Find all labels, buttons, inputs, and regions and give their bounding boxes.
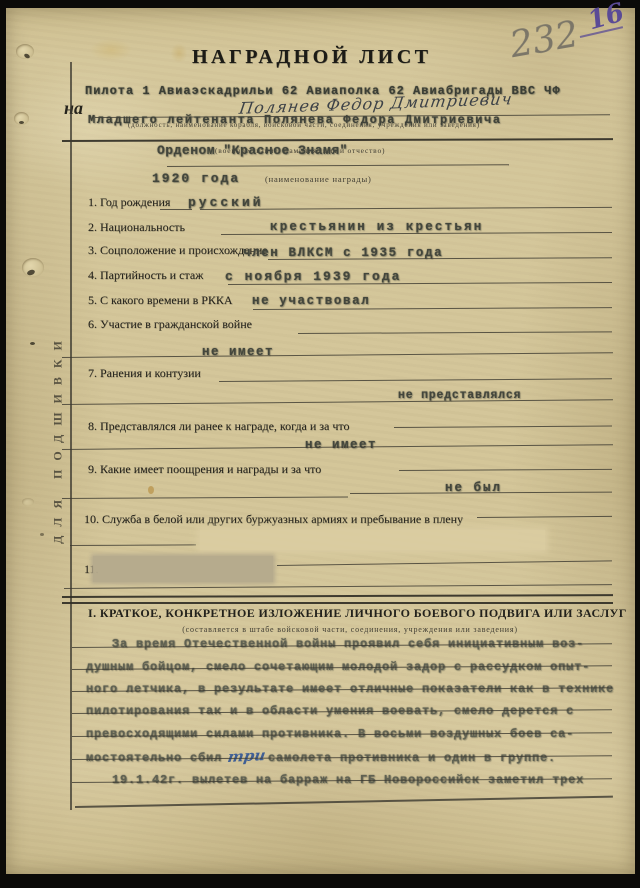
- paper-nick: [40, 533, 44, 536]
- field-label-9: 9. Какие имеет поощрения и награды и за …: [88, 462, 321, 477]
- field-answer-4: с ноября 1939 года: [225, 269, 401, 284]
- field-label-6: 6. Участие в гражданской войне: [88, 317, 252, 332]
- field-answer-8: не имеет: [305, 438, 377, 452]
- section-hint: (составляется в штабе войсковой части, с…: [88, 625, 612, 634]
- award-typed: Орденом "Красное Знамя": [157, 143, 348, 158]
- paper-nick: [30, 342, 35, 345]
- na-label: на: [64, 98, 83, 119]
- field-label-1: 1. Год рождения: [88, 195, 170, 210]
- form-left-border: [70, 62, 72, 810]
- field-answer-6: не имеет: [202, 345, 274, 359]
- scanned-award-sheet: 16 232 НАГРАДНОЙ ЛИСТ Пилота 1 Авиаэскад…: [0, 0, 640, 888]
- field-label-4: 4. Партийность и стаж: [88, 268, 203, 283]
- field-answer-5: не участвовал: [252, 294, 370, 308]
- birth-year-typed: 1920 года: [152, 171, 240, 186]
- paper-nick: [19, 121, 24, 124]
- rule-line: [160, 209, 192, 210]
- stain: [148, 486, 154, 494]
- field-label-8: 8. Представлялся ли ранее к награде, ког…: [88, 419, 350, 434]
- punch-hole: [22, 498, 34, 506]
- document-title: НАГРАДНОЙ ЛИСТ: [192, 46, 432, 69]
- field-label-10: 10. Служба в белой или других буржуазных…: [84, 512, 463, 527]
- award-hint: (наименование награды): [265, 174, 372, 184]
- erased-area: [200, 530, 545, 550]
- rule-line: [62, 602, 613, 604]
- citation-handwritten-tri: три: [226, 746, 267, 766]
- field-label-5: 5. С какого времени в РККА: [88, 293, 233, 308]
- section-heading: I. КРАТКОЕ, КОНКРЕТНОЕ ИЗЛОЖЕНИЕ ЛИЧНОГО…: [88, 606, 612, 621]
- field-label-3: 3. Соцположение и происхождение: [88, 243, 268, 258]
- field-label-2: 2. Национальность: [88, 220, 185, 235]
- field-label-7: 7. Ранения и контузии: [88, 366, 201, 381]
- binding-margin-text: для подшивки: [51, 332, 66, 544]
- redaction-box: [93, 556, 273, 582]
- rank-name-typed: Младшего лейтенанта Полянева Федора Дмит…: [88, 113, 502, 127]
